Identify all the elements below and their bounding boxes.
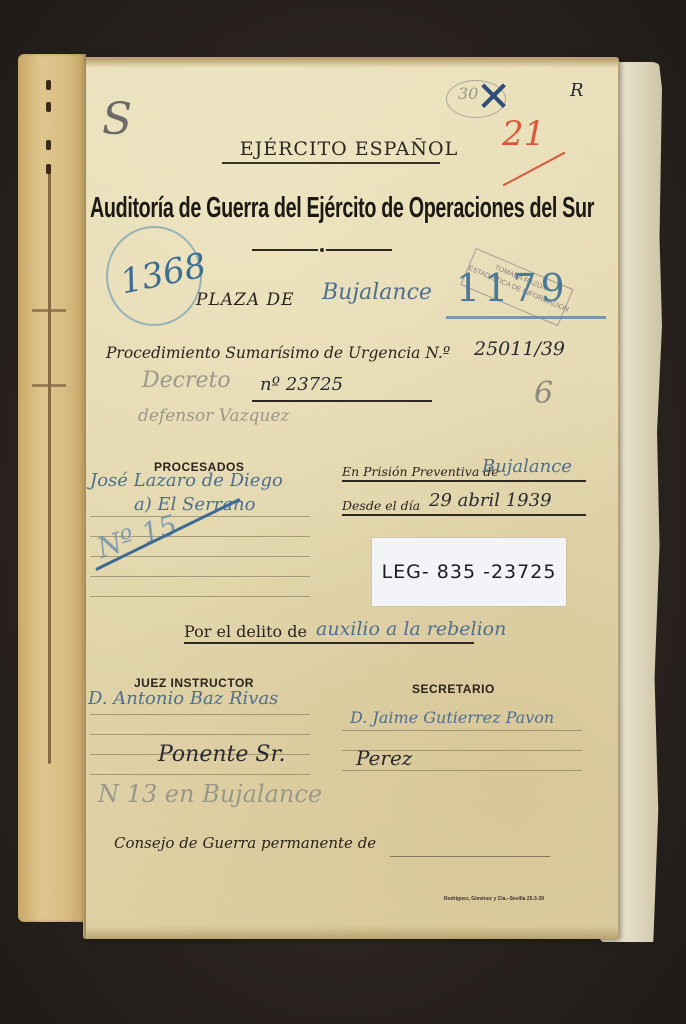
delito-underline	[184, 642, 474, 644]
ponente-label: Ponente Sr.	[158, 742, 286, 767]
secretario-value: D. Jaime Gutierrez Pavon	[350, 708, 554, 727]
printer-mark: Rodríguez, Giménez y Cía.–Sevilla 25-3-3…	[444, 896, 544, 902]
divider-rule	[252, 249, 318, 251]
red-strike	[503, 152, 566, 187]
top-stain	[84, 58, 618, 68]
blue-underline	[446, 316, 606, 319]
juez-instructor-value: D. Antonio Baz Rivas	[88, 688, 278, 709]
plaza-value: Bujalance	[322, 280, 432, 305]
pencil-note-defensor: defensor Vazquez	[138, 406, 289, 426]
secretario-label: SECRETARIO	[412, 682, 495, 696]
procedimiento-number: 25011/39	[474, 338, 565, 360]
secondary-underline	[252, 400, 432, 402]
desde-underline	[342, 514, 586, 516]
binding-knot	[32, 309, 66, 312]
army-heading: EJÉRCITO ESPAÑOL	[224, 138, 474, 160]
delito-value: auxilio a la rebelion	[316, 618, 506, 640]
red-number: 21	[502, 114, 545, 154]
prision-label: En Prisión Preventiva de	[342, 464, 499, 479]
pencil-mark-top-left: S	[102, 94, 132, 145]
divider-rule	[326, 249, 392, 251]
cover-fold	[84, 58, 86, 938]
form-line	[90, 774, 310, 775]
margin-number: 6	[534, 376, 553, 411]
procesado-name-line-1: José Lazaro de Diego	[90, 470, 283, 491]
archive-reference-label: LEG- 835 -23725	[372, 538, 566, 606]
folder-spine	[18, 54, 86, 922]
plaza-blue-number: 1179	[456, 266, 569, 310]
binding-hole	[46, 164, 51, 174]
prision-value: Bujalance	[482, 456, 572, 477]
delito-label: Por el delito de	[184, 622, 307, 641]
form-line	[90, 596, 310, 597]
plaza-label: PLAZA DE	[196, 290, 295, 310]
desde-label: Desde el día	[342, 498, 420, 513]
form-line	[90, 576, 310, 577]
top-right-mark: R	[570, 80, 584, 101]
form-line	[342, 730, 582, 731]
consejo-blank-line	[390, 856, 550, 857]
pencil-bottom-note: N 13 en Bujalance	[98, 780, 322, 808]
case-file-cover: S 30 ✕ 21 R EJÉRCITO ESPAÑOL Auditoría d…	[84, 58, 618, 938]
form-line	[90, 714, 310, 715]
binding-hole	[46, 102, 51, 112]
consejo-label: Consejo de Guerra permanente de	[114, 834, 376, 852]
desde-value: 29 abril 1939	[429, 490, 552, 511]
secondary-number: nº 23725	[260, 374, 343, 395]
divider-dot	[320, 248, 324, 252]
binding-hole	[46, 80, 51, 90]
bottom-stain	[84, 926, 618, 938]
auditoria-heading: Auditoría de Guerra del Ejército de Oper…	[90, 192, 607, 225]
pencil-note-decreto: Decreto	[142, 368, 231, 393]
ponente-value: Perez	[356, 746, 412, 770]
form-line	[90, 734, 310, 735]
procedimiento-label: Procedimiento Sumarísimo de Urgencia N.º	[106, 344, 450, 362]
binding-hole	[46, 140, 51, 150]
binding-knot	[32, 384, 66, 387]
prision-underline	[342, 480, 586, 482]
procesado-name-line-2: a) El Serrano	[134, 494, 255, 515]
form-line	[342, 770, 582, 771]
binding-thread	[48, 164, 51, 764]
army-underline	[222, 162, 440, 164]
